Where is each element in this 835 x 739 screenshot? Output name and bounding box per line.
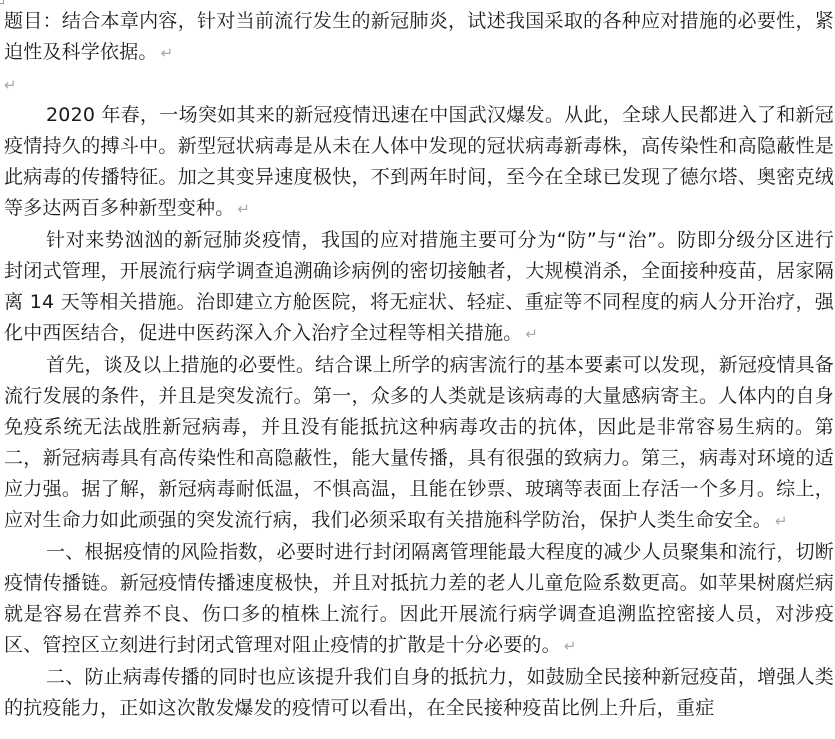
paragraph-mark-icon: ↵ bbox=[775, 506, 788, 537]
paragraph-mark-icon: ↵ bbox=[161, 38, 174, 69]
paragraph-mark-icon: ↵ bbox=[4, 70, 17, 101]
document-body[interactable]: 题目：结合本章内容，针对当前流行发生的新冠肺炎，试述我国采取的各种应对措施的必要… bbox=[4, 6, 834, 724]
question-text: 题目：结合本章内容，针对当前流行发生的新冠肺炎，试述我国采取的各种应对措施的必要… bbox=[4, 10, 834, 63]
empty-paragraph: ↵ bbox=[4, 69, 834, 100]
document-page: 题目：结合本章内容，针对当前流行发生的新冠肺炎，试述我国采取的各种应对措施的必要… bbox=[0, 0, 835, 739]
paragraph-text: 2020 年春，一场突如其来的新冠疫情迅速在中国武汉爆发。从此，全球人民都进入了… bbox=[4, 104, 834, 219]
paragraph-text: 首先，谈及以上措施的必要性。结合课上所学的病害流行的基本要素可以发现，新冠疫情具… bbox=[4, 354, 834, 531]
paragraph-intro: 2020 年春，一场突如其来的新冠疫情迅速在中国武汉爆发。从此，全球人民都进入了… bbox=[4, 100, 834, 225]
paragraph-text: 一、根据疫情的风险指数，必要时进行封闭隔离管理能最大程度的减少人员聚集和流行，切… bbox=[4, 541, 834, 656]
paragraph-necessity: 首先，谈及以上措施的必要性。结合课上所学的病害流行的基本要素可以发现，新冠疫情具… bbox=[4, 350, 834, 537]
paragraph-mark-icon: ↵ bbox=[564, 631, 577, 662]
paragraph-mark-icon: ↵ bbox=[525, 319, 538, 350]
paragraph-point-one: 一、根据疫情的风险指数，必要时进行封闭隔离管理能最大程度的减少人员聚集和流行，切… bbox=[4, 537, 834, 662]
page-corner-mark bbox=[0, 0, 4, 4]
paragraph-text: 二、防止病毒传播的同时也应该提升我们自身的抵抗力，如鼓励全民接种新冠疫苗，增强人… bbox=[4, 666, 834, 719]
paragraph-text: 针对来势汹汹的新冠肺炎疫情，我国的应对措施主要可分为“防”与“治”。防即分级分区… bbox=[4, 229, 834, 344]
paragraph-mark-icon: ↵ bbox=[237, 194, 250, 225]
paragraph-measures: 针对来势汹汹的新冠肺炎疫情，我国的应对措施主要可分为“防”与“治”。防即分级分区… bbox=[4, 225, 834, 350]
paragraph-point-two: 二、防止病毒传播的同时也应该提升我们自身的抵抗力，如鼓励全民接种新冠疫苗，增强人… bbox=[4, 662, 834, 724]
question-paragraph: 题目：结合本章内容，针对当前流行发生的新冠肺炎，试述我国采取的各种应对措施的必要… bbox=[4, 6, 834, 69]
